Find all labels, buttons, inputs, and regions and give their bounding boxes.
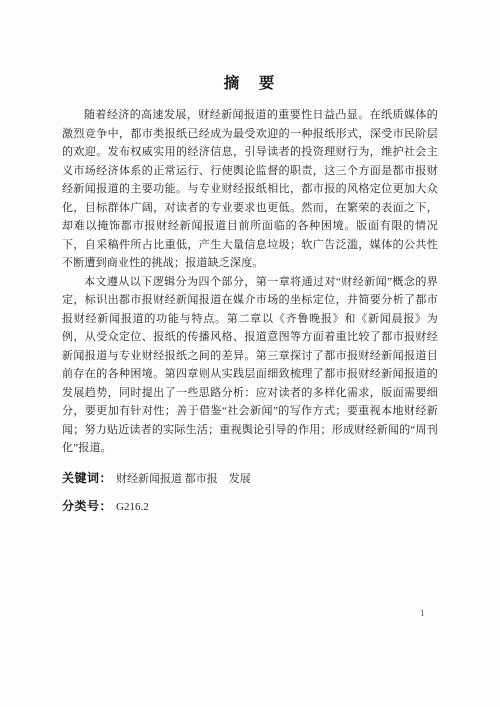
keywords-label: 关键词： [62,469,112,486]
abstract-title: 摘 要 [0,71,500,93]
keywords-value: 财经新闻报道 都市报 发展 [116,470,251,486]
classification-label: 分类号： [62,497,112,514]
page-number: 1 [420,608,425,618]
abstract-page: 摘 要 随着经济的高速发展，财经新闻报道的重要性日益凸显。在纸质媒体的激烈竞争中… [0,0,500,707]
abstract-body: 随着经济的高速发展，财经新闻报道的重要性日益凸显。在纸质媒体的激烈竞争中，都市类… [62,106,438,458]
classification-row: 分类号： G216.2 [62,497,438,514]
abstract-paragraph-2: 本文遵从以下逻辑分为四个部分，第一章将通过对“财经新闻”概念的界定，标识出都市报… [62,273,438,458]
classification-value: G216.2 [116,501,149,513]
meta-block: 关键词： 财经新闻报道 都市报 发展 分类号： G216.2 [62,469,438,514]
keywords-row: 关键词： 财经新闻报道 都市报 发展 [62,469,438,486]
abstract-paragraph-1: 随着经济的高速发展，财经新闻报道的重要性日益凸显。在纸质媒体的激烈竞争中，都市类… [62,106,438,273]
